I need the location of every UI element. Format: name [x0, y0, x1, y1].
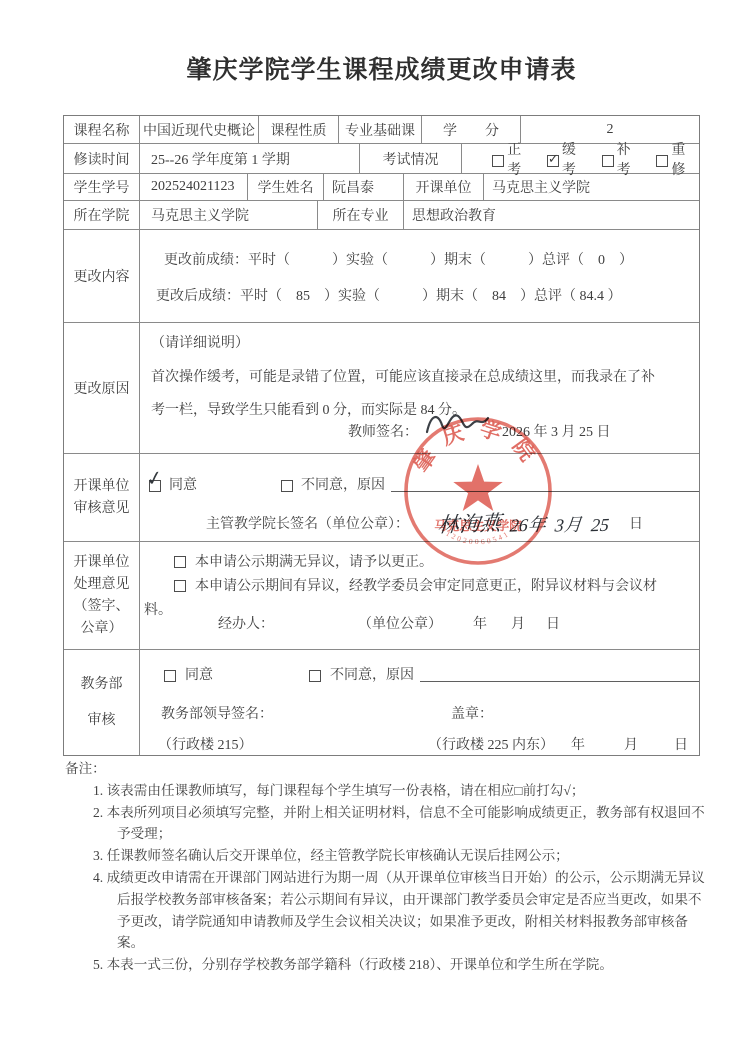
- major-value: 思想政治教育: [404, 201, 699, 229]
- department-seal: 肇庆学院 马克思主义学院 12020060541: [393, 406, 563, 576]
- reason-label: 更改原因: [64, 323, 140, 453]
- grade-change-content: 更改前成绩：平时（ ）实验（ ）期末（ ）总评（ 0 ） 更改后成绩：平时（ 8…: [140, 230, 699, 322]
- dean-sign-label: 主管教学院长签名（单位公章）：: [206, 513, 409, 533]
- course-unit-label: 开课单位: [404, 174, 484, 200]
- row-student: 学生学号 202524021123 学生姓名 阮昌泰 开课单位 马克思主义学院: [64, 174, 699, 201]
- page-title: 肇庆学院学生课程成绩更改申请表: [63, 50, 700, 86]
- notes-label: 备注：: [65, 758, 707, 780]
- unit-decision-label: 开课单位 处理意见 （签字、 公章）: [64, 542, 140, 649]
- exam-option-regular: 正考: [492, 139, 535, 179]
- student-name-label: 学生姓名: [248, 174, 324, 200]
- row-reason: 更改原因 （请详细说明） 首次操作缓考，可能是录错了位置，可能应该直接录在总成绩…: [64, 323, 699, 454]
- unit-review-label: 开课单位 审核意见: [64, 454, 140, 541]
- course-nature-value: 专业基础课: [339, 116, 422, 143]
- scanned-form-page: 肇庆学院学生课程成绩更改申请表 课程名称 中国近现代史概论 课程性质 专业基础课…: [0, 0, 735, 1040]
- aa-leader-sign-label: 教务部领导签名：: [161, 703, 273, 723]
- course-unit-value: 马克思主义学院: [484, 174, 699, 200]
- aa-agree-option: 同意: [164, 664, 213, 684]
- unit-seal-label: （单位公章）: [358, 613, 442, 637]
- checkbox-icon: [174, 580, 186, 592]
- checkbox-icon: [164, 670, 176, 682]
- decision-month-char: 月: [511, 613, 525, 637]
- row-study-time: 修读时间 25--26 学年度第 1 学期 考试情况 正考 ✓缓考 补考 重修: [64, 144, 699, 174]
- row-college: 所在学院 马克思主义学院 所在专业 思想政治教育: [64, 201, 699, 230]
- aa-disagree-reason-line: [420, 667, 699, 682]
- student-id-value: 202524021123: [140, 174, 248, 200]
- aa-seal-label: 盖章：: [451, 703, 493, 723]
- checkbox-icon: [281, 480, 293, 492]
- exam-status-label: 考试情况: [360, 144, 462, 173]
- row-aa-review: 教务部 审核 同意 不同意，原因 教务部领导签名： 盖章： （行政楼 215） …: [64, 650, 699, 755]
- handler-label: 经办人：: [218, 613, 274, 637]
- course-name-value: 中国近现代史概论: [140, 116, 259, 143]
- student-name-value: 阮昌泰: [324, 174, 404, 200]
- checkbox-icon: [174, 556, 186, 568]
- checked-checkbox-icon: ✓: [547, 155, 559, 167]
- aa-day-char: 日: [674, 734, 688, 754]
- grade-change-label: 更改内容: [64, 230, 140, 322]
- aa-disagree-option: 不同意，原因: [309, 664, 414, 684]
- disagree-option: 不同意，原因: [281, 474, 385, 494]
- major-label: 所在专业: [318, 201, 404, 229]
- aa-leader-room: （行政楼 215）: [158, 734, 253, 754]
- dean-hand-day: 25: [590, 515, 610, 537]
- note-item: 2. 本表所列项目必须填写完整，并附上相关证明材料，信息不全可能影响成绩更正，教…: [93, 802, 707, 846]
- grade-before-line: 更改前成绩：平时（ ）实验（ ）期末（ ）总评（ 0 ）: [156, 243, 699, 279]
- checkbox-icon: [492, 155, 504, 167]
- exam-option-deferred: ✓缓考: [547, 139, 590, 179]
- exam-status-options: 正考 ✓缓考 补考 重修: [462, 144, 699, 173]
- checkbox-icon: [602, 155, 614, 167]
- checkbox-icon: [309, 670, 321, 682]
- college-value: 马克思主义学院: [140, 201, 318, 229]
- notes-section: 备注： 1. 该表需由任课教师填写，每门课程每个学生填写一份表格，请在相应□前打…: [65, 758, 707, 976]
- aa-choice-line: 同意 不同意，原因: [164, 664, 699, 684]
- note-item: 3. 任课教师签名确认后交开课单位，经主管教学院长审核确认无误后挂网公示；: [93, 845, 707, 867]
- dean-day-char: 日: [629, 513, 643, 533]
- study-time-label: 修读时间: [64, 144, 140, 173]
- aa-review-label: 教务部 审核: [64, 650, 140, 755]
- note-item: 5. 本表一式三份，分别存学校教务部学籍科（行政楼 218）、开课单位和学生所在…: [93, 954, 707, 976]
- study-time-value: 25--26 学年度第 1 学期: [140, 144, 360, 173]
- decision-option-2: 本申请公示期间有异议，经教学委员会审定同意更正，附异议材料与会议材: [144, 575, 695, 599]
- checkbox-icon: [656, 155, 668, 167]
- note-item: 1. 该表需由任课教师填写，每门课程每个学生填写一份表格，请在相应□前打勾√；: [93, 780, 707, 802]
- decision-day-char: 日: [546, 613, 560, 637]
- aa-month-char: 月: [624, 734, 638, 754]
- aa-review-content: 同意 不同意，原因 教务部领导签名： 盖章： （行政楼 215） （行政楼 22…: [140, 650, 699, 755]
- row-unit-review: 开课单位 审核意见 同意 不同意，原因 ✓ 主管教学院长签名（单位公章）： 日 …: [64, 454, 699, 542]
- row-grade-change: 更改内容 更改前成绩：平时（ ）实验（ ）期末（ ）总评（ 0 ） 更改后成绩：…: [64, 230, 699, 323]
- aa-year-char: 年: [571, 734, 585, 754]
- seal-department-text: 马克思主义学院: [434, 518, 522, 533]
- course-nature-label: 课程性质: [259, 116, 339, 143]
- exam-option-retake: 重修: [656, 139, 699, 179]
- note-item: 4. 成绩更改申请需在开课部门网站进行为期一周（从开课单位审核当日开始）的公示，…: [93, 867, 707, 954]
- course-name-label: 课程名称: [64, 116, 140, 143]
- grade-change-form-table: 课程名称 中国近现代史概论 课程性质 专业基础课 学 分 2 修读时间 25--…: [63, 115, 700, 756]
- decision-year-char: 年: [473, 613, 487, 637]
- college-label: 所在学院: [64, 201, 140, 229]
- row-unit-decision: 开课单位 处理意见 （签字、 公章） 本申请公示期满无异议，请予以更正。 本申请…: [64, 542, 699, 650]
- exam-option-makeup: 补考: [602, 139, 645, 179]
- student-id-label: 学生学号: [64, 174, 140, 200]
- grade-after-line: 更改后成绩：平时（ 85 ）实验（ ）期末（ 84 ）总评（ 84.4 ）: [156, 279, 699, 315]
- handwritten-check-mark: ✓: [144, 465, 165, 492]
- seal-star-icon: [453, 464, 502, 511]
- aa-seal-room: （行政楼 225 内东）: [428, 734, 554, 754]
- reason-hint: （请详细说明）: [151, 332, 693, 352]
